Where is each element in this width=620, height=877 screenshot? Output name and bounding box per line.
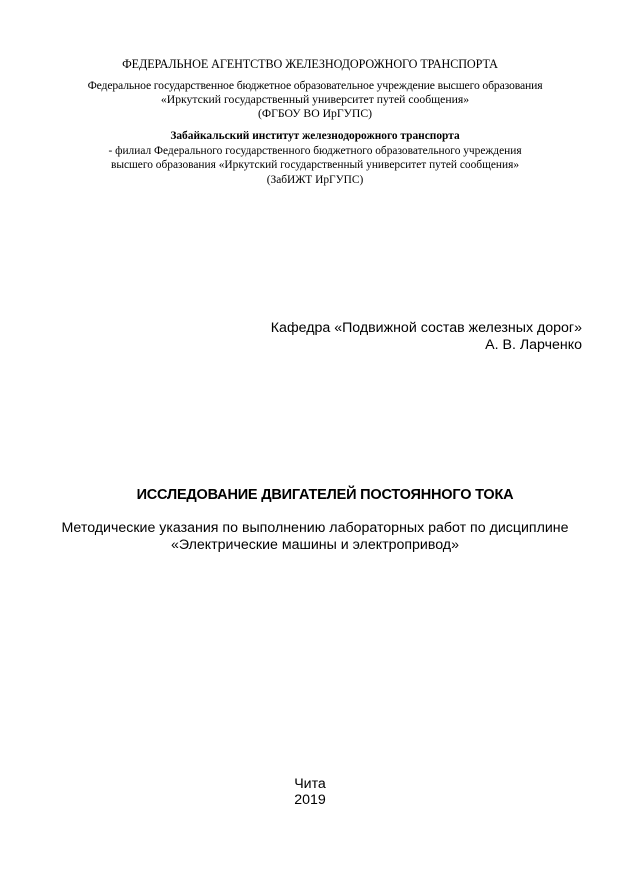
document-subtitle-line-2: «Электрические машины и электропривод» — [5, 537, 620, 553]
institute-line-2: - филиал Федерального государственного б… — [5, 145, 620, 157]
author-name: А. В. Ларченко — [485, 337, 582, 353]
document-title: ИССЛЕДОВАНИЕ ДВИГАТЕЛЕЙ ПОСТОЯННОГО ТОКА — [15, 487, 620, 503]
institute-name: Забайкальский институт железнодорожного … — [5, 130, 620, 142]
document-subtitle-line-1: Методические указания по выполнению лабо… — [5, 520, 620, 536]
institute-line-3: высшего образования «Иркутский государст… — [5, 159, 620, 171]
department-name: Кафедра «Подвижной состав железных дорог… — [271, 320, 582, 336]
publication-year: 2019 — [0, 792, 620, 808]
agency-name: ФЕДЕРАЛЬНОЕ АГЕНТСТВО ЖЕЛЕЗНОДОРОЖНОГО Т… — [0, 57, 620, 72]
institute-abbreviation: (ЗабИЖТ ИрГУПС) — [5, 174, 620, 186]
university-abbreviation: (ФГБОУ ВО ИрГУПС) — [5, 107, 620, 120]
university-line-2: «Иркутский государственный университет п… — [5, 93, 620, 106]
university-line-1: Федеральное государственное бюджетное об… — [5, 79, 620, 92]
publication-city: Чита — [0, 776, 620, 792]
